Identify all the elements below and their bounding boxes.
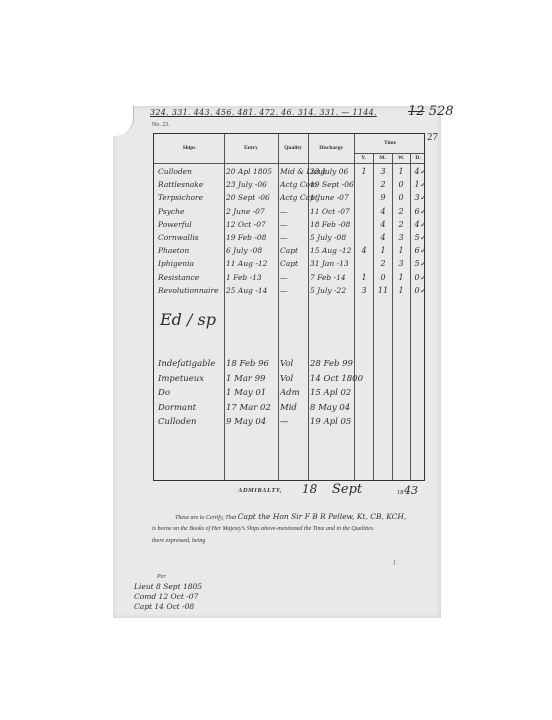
time-months: 2 — [374, 259, 392, 268]
quality: — — [280, 207, 288, 216]
later-entry-date: 1 May 01 — [226, 388, 266, 398]
later-discharge-date: 14 Oct 1800 — [310, 374, 363, 384]
later-quality: Mid — [280, 403, 297, 413]
ship-name: Culloden — [158, 167, 192, 176]
discharge-date: 19 Sept -06 — [310, 180, 354, 189]
folio-number: 12 528 — [408, 104, 454, 119]
top-annotation: 324. 331. 443. 456. 481. 472. 46. 314. 3… — [150, 108, 377, 117]
cert-year-suffix: 43 — [404, 484, 418, 497]
office-label: ADMIRALTY, — [238, 487, 282, 494]
check-mark-icon: ✓ — [420, 193, 427, 202]
quality: — — [280, 286, 288, 295]
ink-mark: ⁝ — [393, 558, 396, 567]
quality: — — [280, 220, 288, 229]
entry-date: 12 Oct -07 — [226, 220, 266, 229]
entry-date: 1 Feb -13 — [226, 273, 262, 282]
header-time: Time — [354, 140, 426, 146]
check-mark-icon: ✓ — [420, 207, 427, 216]
ship-name: Powerful — [158, 220, 192, 229]
later-ship-name: Culloden — [158, 417, 196, 427]
time-months: 9 — [374, 193, 392, 202]
check-mark-icon: ✓ — [420, 167, 427, 176]
ship-name: Revolutionnaire — [158, 286, 219, 295]
later-quality: — — [280, 417, 289, 427]
later-discharge-date: 8 May 04 — [310, 403, 350, 413]
folio-struck: 12 — [408, 104, 425, 119]
discharge-date: 31 Jan -13 — [310, 259, 349, 268]
later-ship-name: Indefatigable — [158, 359, 215, 369]
page-number: 27 — [427, 131, 438, 143]
entry-date: 2 June -07 — [226, 207, 265, 216]
later-ship-name: Impetueux — [158, 374, 204, 384]
entry-date: 23 July -06 — [226, 180, 267, 189]
later-entry-date: 18 Feb 96 — [226, 359, 269, 369]
cert-year-prefix: 18 — [397, 489, 404, 496]
later-entry-date: 9 May 04 — [226, 417, 266, 427]
later-quality: Vol — [280, 374, 293, 384]
cert-line-3: there expressed, being — [152, 538, 205, 544]
service-table: Ships Entry Quality Discharge Time Y. M.… — [153, 133, 425, 481]
later-discharge-date: 15 Apl 02 — [310, 388, 351, 398]
ship-name: Rattlesnake — [158, 180, 203, 189]
discharge-date: 1 June -07 — [310, 193, 349, 202]
header-months: M. — [373, 155, 392, 161]
later-quality: Adm — [280, 388, 300, 398]
quality: — — [280, 233, 288, 242]
entry-date: 25 Aug -14 — [226, 286, 267, 295]
time-months: 3 — [374, 167, 392, 176]
service-line-2: Comd 12 Oct -07 — [134, 592, 198, 601]
per-label: Per — [157, 574, 166, 580]
cert-month: Sept — [332, 482, 362, 497]
time-years: 1 — [355, 273, 373, 282]
later-quality: Vol — [280, 359, 293, 369]
time-months: 4 — [374, 233, 392, 242]
header-ships: Ships — [154, 145, 224, 151]
discharge-date: 11 Oct -07 — [310, 207, 350, 216]
later-entry-date: 1 Mar 99 — [226, 374, 265, 384]
time-years: 3 — [355, 286, 373, 295]
quality: Capt — [280, 246, 298, 255]
service-line-3: Capt 14 Oct -08 — [134, 602, 194, 611]
ship-name: Psyche — [158, 207, 184, 216]
later-ship-name: Dormant — [158, 403, 196, 413]
cert-day: 18 — [302, 482, 317, 496]
entry-date: 6 July -08 — [226, 246, 262, 255]
header-years: Y. — [354, 155, 373, 161]
ship-name: Phaeton — [158, 246, 189, 255]
later-discharge-date: 19 Apl 05 — [310, 417, 351, 427]
later-discharge-date: 28 Feb 99 — [310, 359, 353, 369]
folio-value: 528 — [429, 104, 454, 119]
time-months: 4 — [374, 207, 392, 216]
check-mark-icon: ✓ — [420, 180, 427, 189]
initials: Ed / sp — [160, 310, 216, 329]
entry-date: 11 Aug -12 — [226, 259, 267, 268]
time-months: 4 — [374, 220, 392, 229]
discharge-date: 18 Feb -08 — [310, 220, 350, 229]
discharge-date: 23 July 06 — [310, 167, 348, 176]
ship-name: Resistance — [158, 273, 199, 282]
entry-date: 20 Apl 1805 — [226, 167, 272, 176]
officer-name: Capt the Hon Sir F B R Pellew, Kt, CB, K… — [238, 512, 407, 521]
check-mark-icon: ✓ — [420, 259, 427, 268]
ship-name: Terpsichore — [158, 193, 203, 202]
form-number: No. 23. — [152, 122, 170, 128]
entry-date: 20 Sept -06 — [226, 193, 270, 202]
header-weeks: W. — [392, 155, 410, 161]
time-years: 4 — [355, 246, 373, 255]
header-days: D. — [410, 155, 426, 161]
cert-line-2: is borne on the Books of Her Majesty's S… — [152, 526, 373, 532]
time-months: 11 — [374, 286, 392, 295]
discharge-date: 7 Feb -14 — [310, 273, 346, 282]
later-entry-date: 17 Mar 02 — [226, 403, 271, 413]
cert-line-1: These are to Certify, That Capt the Hon … — [175, 512, 406, 521]
time-months: 0 — [374, 273, 392, 282]
discharge-date: 15 Aug -12 — [310, 246, 351, 255]
discharge-date: 5 July -08 — [310, 233, 346, 242]
header-entry: Entry — [224, 145, 278, 151]
header-discharge: Discharge — [308, 145, 354, 151]
check-mark-icon: ✓ — [420, 286, 427, 295]
service-line-1: Lieut 8 Sept 1805 — [134, 582, 202, 591]
check-mark-icon: ✓ — [420, 220, 427, 229]
check-mark-icon: ✓ — [420, 273, 427, 282]
time-years: 1 — [355, 167, 373, 176]
check-mark-icon: ✓ — [420, 233, 427, 242]
check-mark-icon: ✓ — [420, 246, 427, 255]
entry-date: 19 Feb -08 — [226, 233, 266, 242]
ship-name: Iphigenia — [158, 259, 194, 268]
discharge-date: 5 July -22 — [310, 286, 346, 295]
time-months: 1 — [374, 246, 392, 255]
quality: — — [280, 273, 288, 282]
time-months: 2 — [374, 180, 392, 189]
header-quality: Quality — [278, 145, 308, 151]
ship-name: Cornwallis — [158, 233, 199, 242]
quality: Capt — [280, 259, 298, 268]
later-ship-name: Do — [158, 388, 170, 398]
